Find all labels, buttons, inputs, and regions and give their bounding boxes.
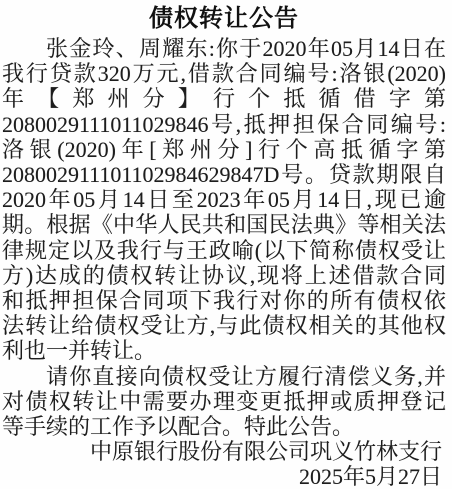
text-line: 利也一并转让。 [2, 338, 446, 363]
text-line: 方)达成的债权转让协议,现将上述借款合同 [2, 263, 446, 288]
document-body: 张金玲、周耀东:你于2020年05月14日在我行贷款320万元,借款合同编号:洛… [2, 36, 446, 439]
text-line: 律规定以及我行与王政喻(以下简称债权受让 [2, 238, 446, 263]
text-line: 年【郑州分】行个抵循借字第 [2, 86, 446, 111]
text-line: 和抵押担保合同项下我行对你的所有债权依 [2, 288, 446, 313]
paragraph: 请你直接向债权受让方履行清偿义务,并对债权转让中需要办理变更抵押或质押登记等手续… [2, 364, 446, 440]
text-line: 期。根据《中华人民共和国民法典》等相关法 [2, 212, 446, 237]
document-page: 债权转让公告 张金玲、周耀东:你于2020年05月14日在我行贷款320万元,借… [0, 0, 452, 489]
text-line: 法转让给债权受让方,与此债权相关的其他权 [2, 313, 446, 338]
signature-bank: 中原银行股份有限公司巩义竹林支行 [2, 439, 446, 464]
signature-date: 2025年5月27日 [2, 464, 446, 489]
text-line: 2080029111011029846号,抵押担保合同编号: [2, 112, 446, 137]
text-line: 张金玲、周耀东:你于2020年05月14日在 [2, 36, 446, 61]
text-line: 等手续的工作予以配合。特此公告。 [2, 414, 446, 439]
text-line: 对债权转让中需要办理变更抵押或质押登记 [2, 389, 446, 414]
text-line: 208002911101102984629847D号。贷款期限自 [2, 162, 446, 187]
text-line: 请你直接向债权受让方履行清偿义务,并 [2, 364, 446, 389]
document-title: 债权转让公告 [2, 6, 446, 32]
text-line: 洛银(2020)年[郑州分]行个高抵循字第 [2, 137, 446, 162]
signature-block: 中原银行股份有限公司巩义竹林支行 2025年5月27日 [2, 439, 446, 489]
text-line: 我行贷款320万元,借款合同编号:洛银(2020) [2, 61, 446, 86]
text-line: 2020年05月14日至2023年05月14日,现已逾 [2, 187, 446, 212]
paragraph: 张金玲、周耀东:你于2020年05月14日在我行贷款320万元,借款合同编号:洛… [2, 36, 446, 364]
